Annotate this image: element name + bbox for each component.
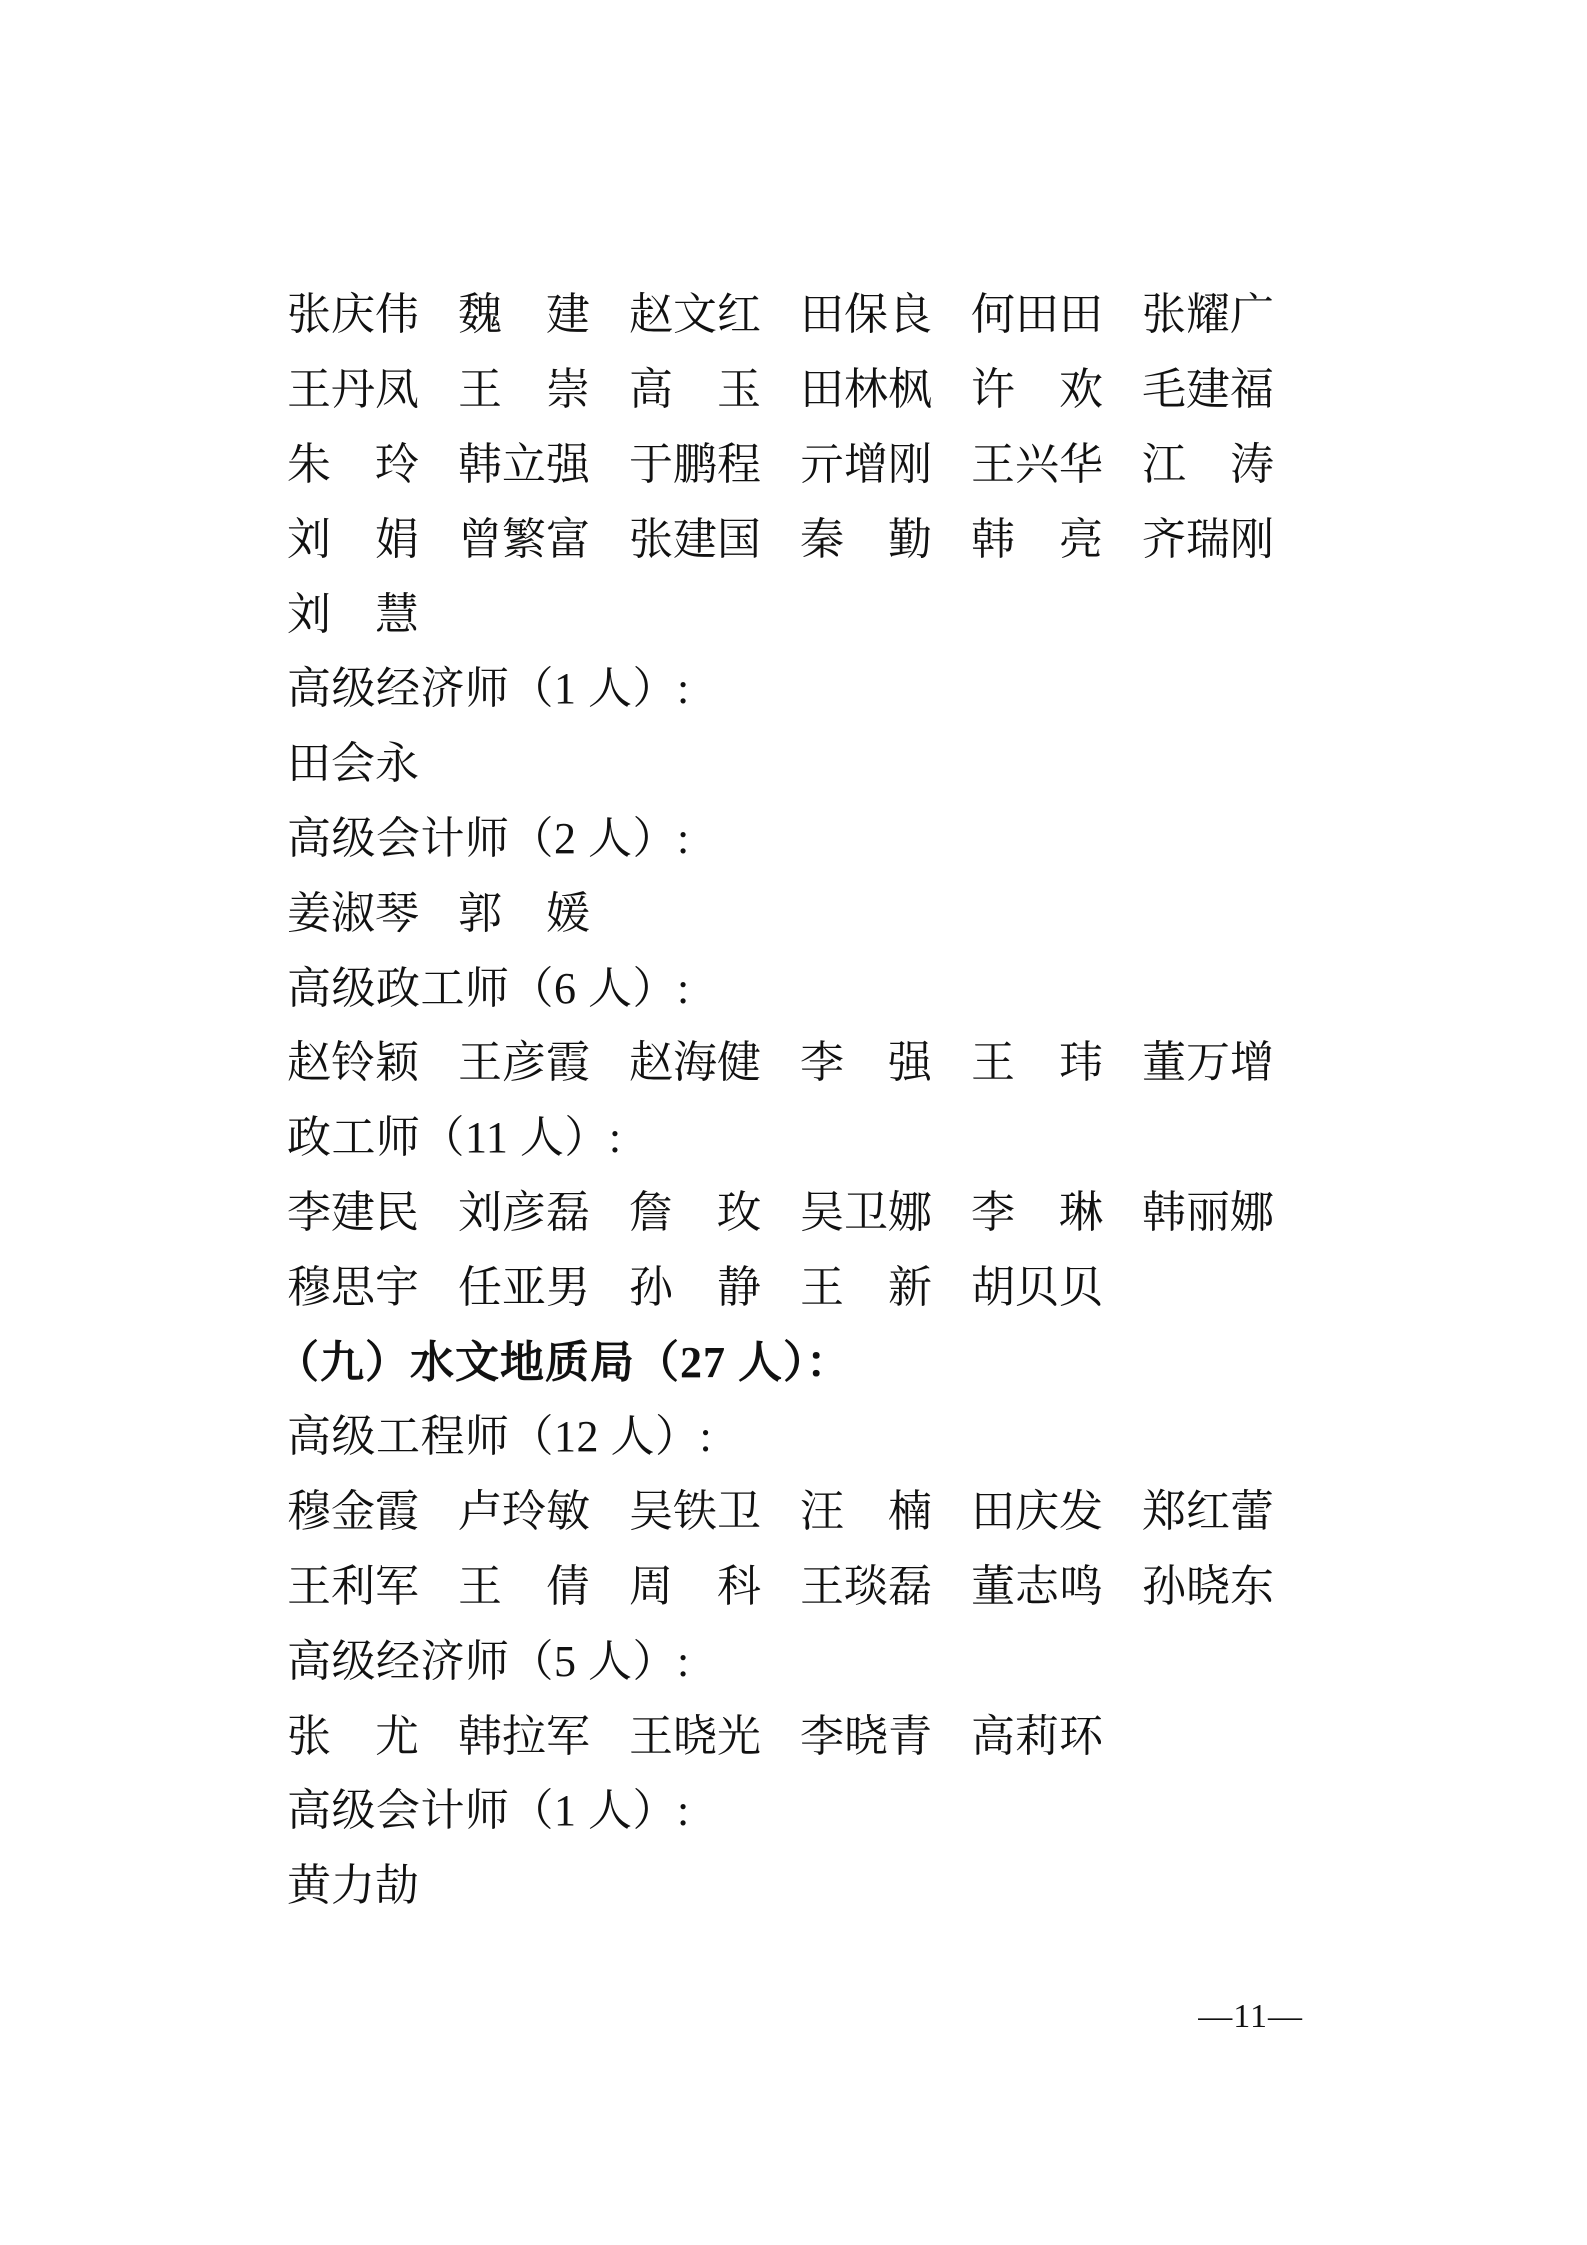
names-row: 李建民刘彦磊詹 玫吴卫娜李 琳韩丽娜 <box>287 1176 1387 1251</box>
person-name: 吴卫娜 <box>800 1191 932 1235</box>
person-name: 何田田 <box>971 293 1103 337</box>
person-name: 卢玲敏 <box>458 1490 590 1534</box>
person-name: 王彦霞 <box>458 1041 590 1085</box>
category-heading: 高级会计师（2 人）: <box>287 802 1387 877</box>
person-name: 韩立强 <box>458 443 590 487</box>
person-name: 王晓光 <box>629 1715 761 1759</box>
person-name: 王利军 <box>287 1565 419 1609</box>
person-name: 高 玉 <box>629 368 761 412</box>
person-name: 姜淑琴 <box>287 892 419 936</box>
person-name: 张耀广 <box>1142 293 1274 337</box>
category-heading: 高级政工师（6 人）: <box>287 951 1387 1026</box>
names-row: 张庆伟魏 建赵文红田保良何田田张耀广 <box>287 278 1387 353</box>
person-name: 朱 玲 <box>287 443 419 487</box>
person-name: 郑红蕾 <box>1142 1490 1274 1534</box>
person-name: 王丹凤 <box>287 368 419 412</box>
person-name: 王 崇 <box>458 368 590 412</box>
names-row: 王丹凤王 崇高 玉田林枫许 欢毛建福 <box>287 353 1387 428</box>
person-name: 赵海健 <box>629 1041 761 1085</box>
category-heading: 高级经济师（1 人）: <box>287 652 1387 727</box>
person-name: 董志鸣 <box>971 1565 1103 1609</box>
page-number: —11— <box>1198 1998 1303 2036</box>
document-page: 张庆伟魏 建赵文红田保良何田田张耀广王丹凤王 崇高 玉田林枫许 欢毛建福朱 玲韩… <box>0 0 1587 2245</box>
person-name: 魏 建 <box>458 293 590 337</box>
person-name: 王 玮 <box>971 1041 1103 1085</box>
person-name: 穆金霞 <box>287 1490 419 1534</box>
person-name: 张建国 <box>629 518 761 562</box>
person-name: 田保良 <box>800 293 932 337</box>
document-body: 张庆伟魏 建赵文红田保良何田田张耀广王丹凤王 崇高 玉田林枫许 欢毛建福朱 玲韩… <box>287 278 1387 1924</box>
person-name: 穆思宇 <box>287 1266 419 1310</box>
person-name: 齐瑞刚 <box>1142 518 1274 562</box>
person-name: 刘 慧 <box>287 593 419 637</box>
person-name: 汪 楠 <box>800 1490 932 1534</box>
person-name: 王兴华 <box>971 443 1103 487</box>
person-name: 李晓青 <box>800 1715 932 1759</box>
names-row: 朱 玲韩立强于鹏程亓增刚王兴华江 涛 <box>287 428 1387 503</box>
names-row: 姜淑琴郭 媛 <box>287 876 1387 951</box>
person-name: 詹 玫 <box>629 1191 761 1235</box>
person-name: 曾繁富 <box>458 518 590 562</box>
person-name: 韩拉军 <box>458 1715 590 1759</box>
person-name: 亓增刚 <box>800 443 932 487</box>
person-name: 赵文红 <box>629 293 761 337</box>
person-name: 田会永 <box>287 742 419 786</box>
person-name: 王 倩 <box>458 1565 590 1609</box>
person-name: 孙 静 <box>629 1266 761 1310</box>
person-name: 李 琳 <box>971 1191 1103 1235</box>
person-name: 董万增 <box>1142 1041 1274 1085</box>
person-name: 张庆伟 <box>287 293 419 337</box>
person-name: 许 欢 <box>971 368 1103 412</box>
person-name: 任亚男 <box>458 1266 590 1310</box>
person-name: 秦 勤 <box>800 518 932 562</box>
person-name: 刘彦磊 <box>458 1191 590 1235</box>
person-name: 吴铁卫 <box>629 1490 761 1534</box>
category-heading: 高级经济师（5 人）: <box>287 1624 1387 1699</box>
person-name: 韩丽娜 <box>1142 1191 1274 1235</box>
person-name: 韩 亮 <box>971 518 1103 562</box>
names-row: 刘 慧 <box>287 577 1387 652</box>
person-name: 高莉环 <box>971 1715 1103 1759</box>
person-name: 田林枫 <box>800 368 932 412</box>
names-row: 黄力劼 <box>287 1849 1387 1924</box>
names-row: 赵铃颖王彦霞赵海健李 强王 玮董万增 <box>287 1026 1387 1101</box>
person-name: 于鹏程 <box>629 443 761 487</box>
category-heading: 高级会计师（1 人）: <box>287 1774 1387 1849</box>
person-name: 郭 媛 <box>458 892 590 936</box>
names-row: 张 尤韩拉军王晓光李晓青高莉环 <box>287 1699 1387 1774</box>
person-name: 赵铃颖 <box>287 1041 419 1085</box>
names-row: 穆金霞卢玲敏吴铁卫汪 楠田庆发郑红蕾 <box>287 1475 1387 1550</box>
person-name: 李 强 <box>800 1041 932 1085</box>
person-name: 江 涛 <box>1142 443 1274 487</box>
names-row: 刘 娟曾繁富张建国秦 勤韩 亮齐瑞刚 <box>287 502 1387 577</box>
person-name: 王琰磊 <box>800 1565 932 1609</box>
names-row: 王利军王 倩周 科王琰磊董志鸣孙晓东 <box>287 1550 1387 1625</box>
person-name: 周 科 <box>629 1565 761 1609</box>
section-heading: （九）水文地质局（27 人）： <box>275 1325 1387 1400</box>
person-name: 刘 娟 <box>287 518 419 562</box>
person-name: 孙晓东 <box>1142 1565 1274 1609</box>
person-name: 胡贝贝 <box>971 1266 1103 1310</box>
person-name: 田庆发 <box>971 1490 1103 1534</box>
names-row: 穆思宇任亚男孙 静王 新胡贝贝 <box>287 1250 1387 1325</box>
names-row: 田会永 <box>287 727 1387 802</box>
person-name: 王 新 <box>800 1266 932 1310</box>
category-heading: 高级工程师（12 人）: <box>287 1400 1387 1475</box>
person-name: 张 尤 <box>287 1715 419 1759</box>
category-heading: 政工师（11 人）: <box>287 1101 1387 1176</box>
person-name: 黄力劼 <box>287 1864 419 1908</box>
person-name: 毛建福 <box>1142 368 1274 412</box>
person-name: 李建民 <box>287 1191 419 1235</box>
